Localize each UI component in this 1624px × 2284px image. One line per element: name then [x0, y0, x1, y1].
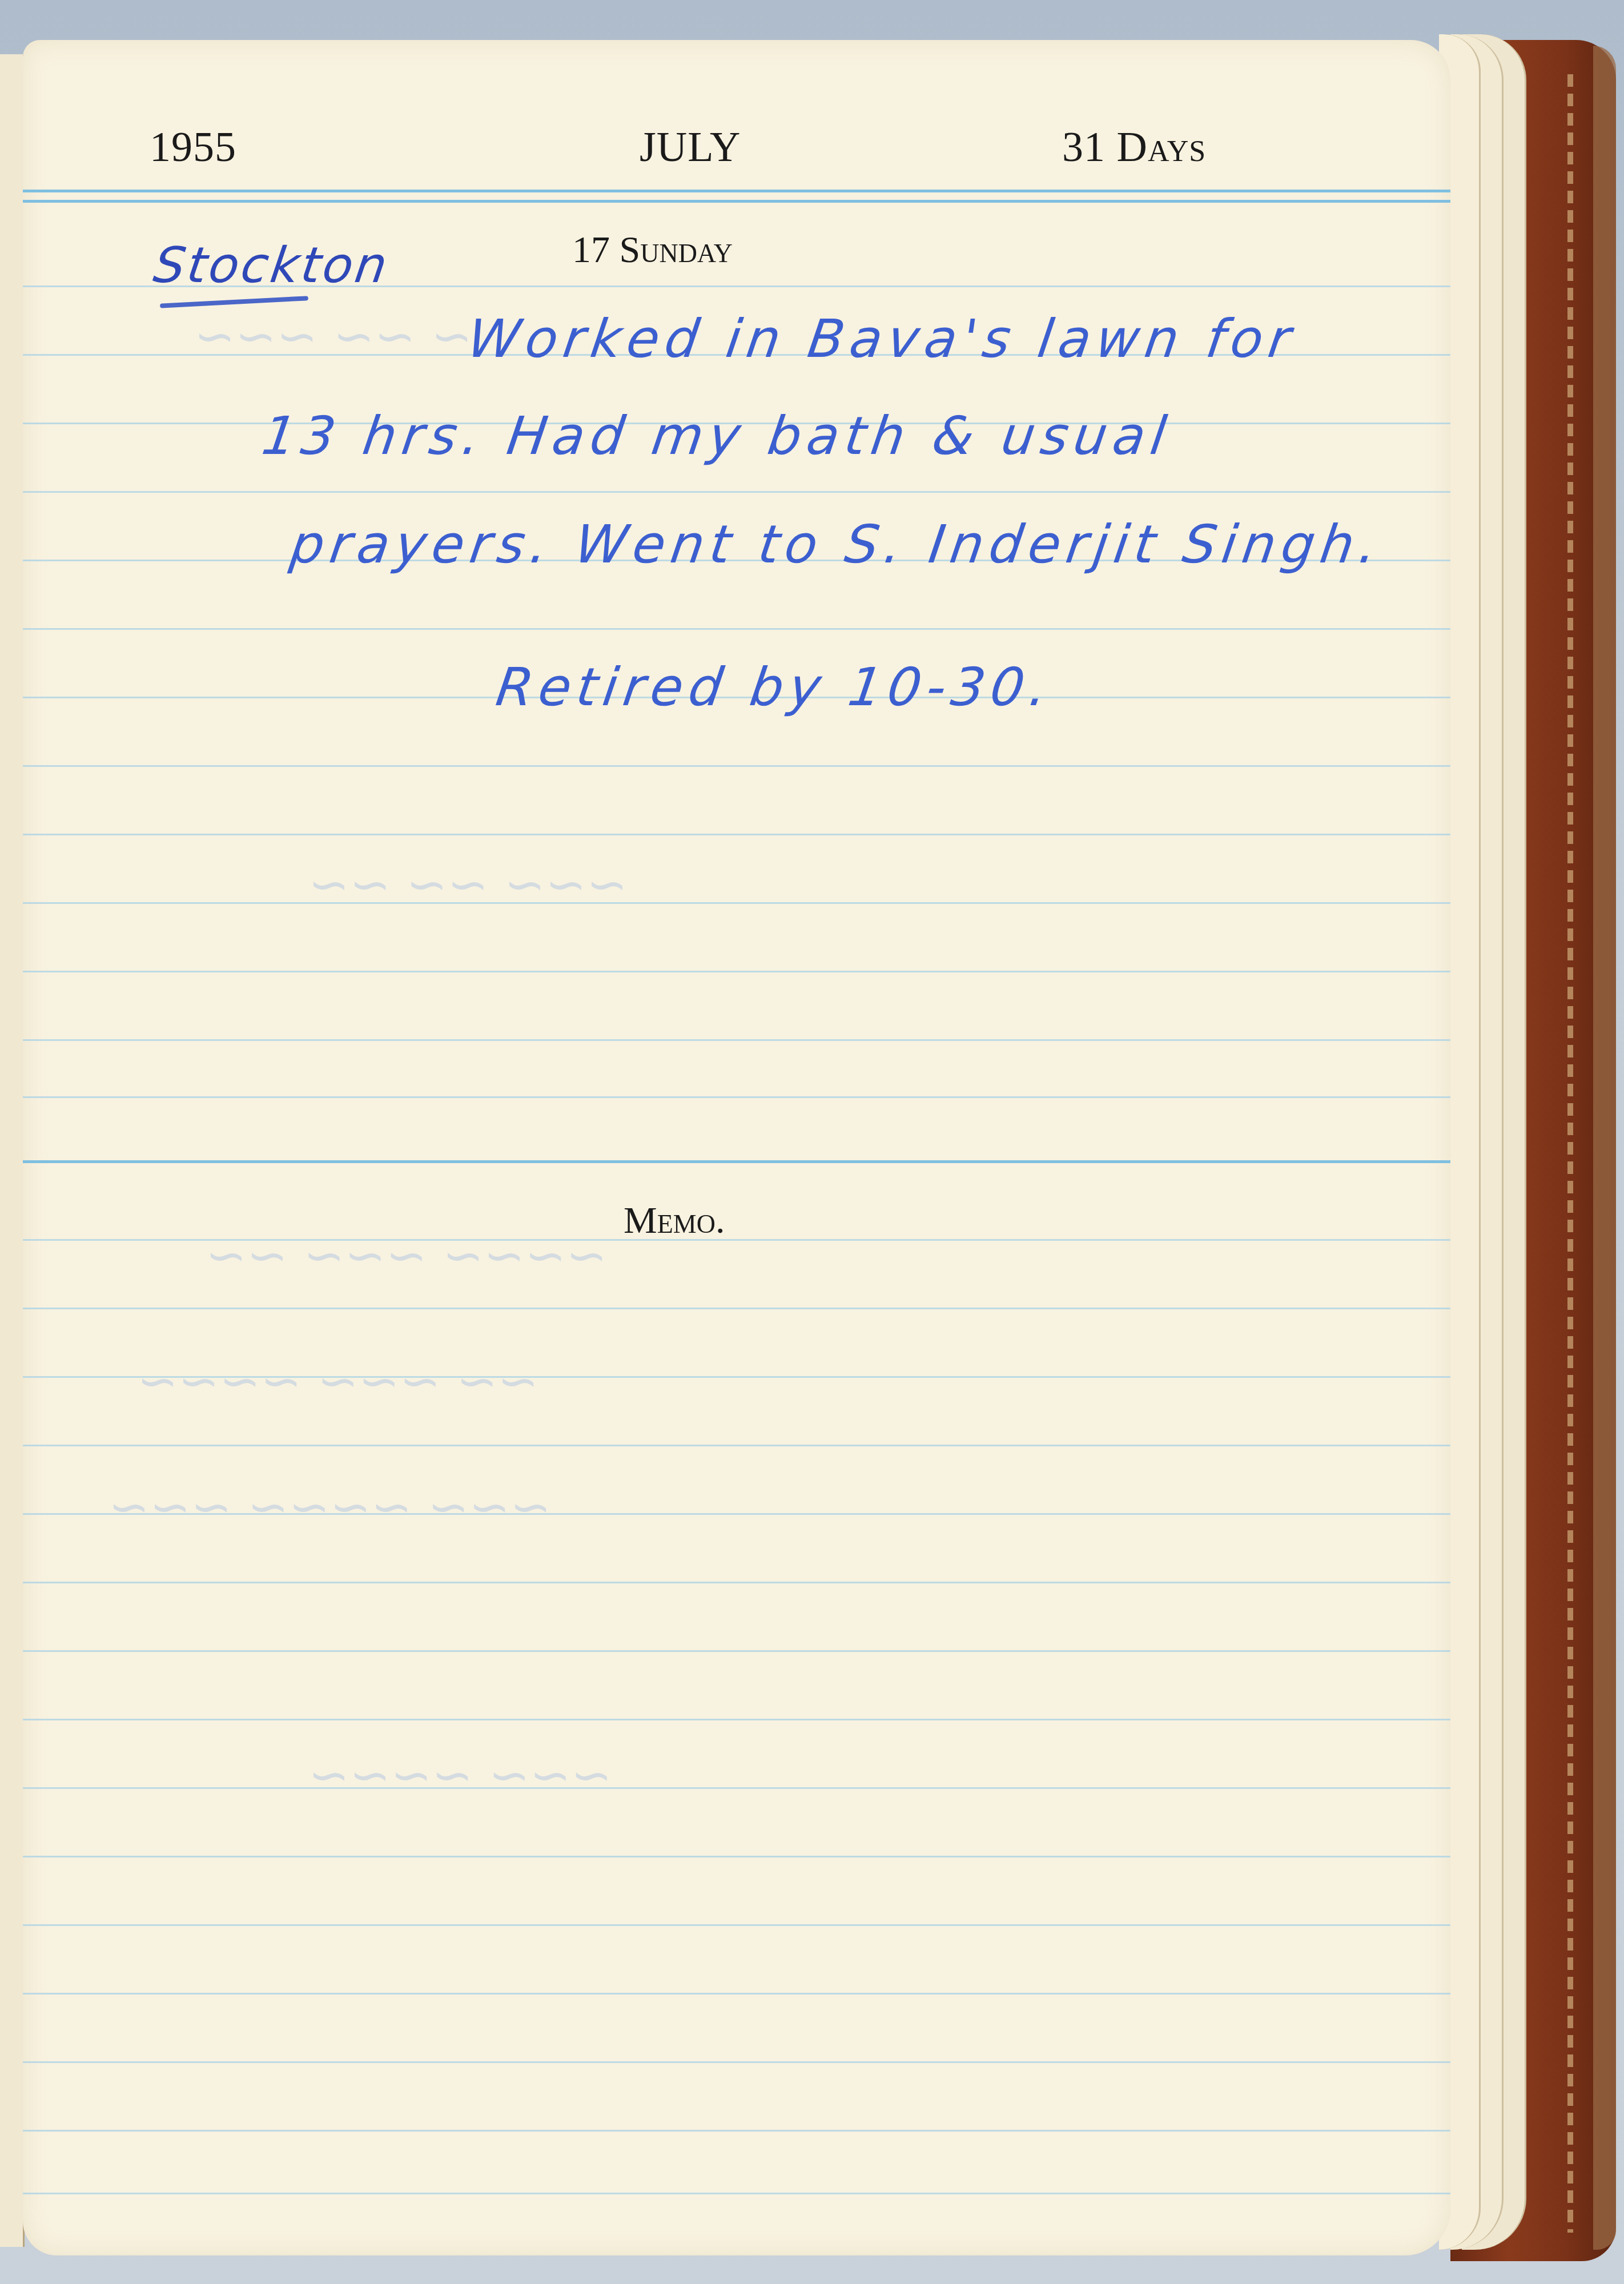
ruled-line	[23, 1308, 1450, 1309]
diary-page: ~ ~~ ~~~ ~~~ ~~ ~~ ~~~~ ~~~ ~~ ~~ ~~~ ~~…	[23, 40, 1450, 2255]
ruled-line	[23, 1582, 1450, 1583]
bleed-through-text: ~~ ~~~ ~~~~	[137, 1353, 538, 1410]
entry-line: prayers. Went to S. Inderjit Singh.	[287, 514, 1386, 575]
bleed-through-text: ~~~ ~~~~	[308, 1747, 612, 1804]
location-underline	[160, 296, 308, 308]
ruled-line	[23, 1096, 1450, 1098]
ruled-line	[23, 1856, 1450, 1857]
ruled-line	[23, 2130, 1450, 2132]
ruled-line	[23, 1445, 1450, 1446]
ruled-line	[23, 628, 1450, 630]
header-days-count: 31 Days	[1062, 123, 1206, 172]
ruled-line	[23, 2061, 1450, 2063]
ruled-line	[23, 1787, 1450, 1789]
leather-cover-edge	[1593, 46, 1616, 2250]
ruled-line	[23, 765, 1450, 767]
entry-location-note: Stockton	[150, 237, 393, 294]
ruled-line	[23, 491, 1450, 493]
cover-stitching	[1567, 74, 1573, 2233]
entry-line: 13 hrs. Had my bath & usual	[258, 405, 1175, 467]
memo-label: Memo.	[624, 1199, 725, 1242]
ruled-line	[23, 971, 1450, 972]
memo-rule	[23, 1160, 1450, 1163]
header-rule	[23, 200, 1450, 203]
bleed-through-text: ~~~ ~~~~ ~~~	[108, 1479, 551, 1536]
bleed-through-text: ~~~ ~~ ~~	[308, 856, 628, 914]
entry-date-label: 17 Sunday	[572, 228, 733, 272]
bleed-through-text: ~~~~ ~~~ ~~	[206, 1228, 607, 1285]
ruled-line	[23, 1993, 1450, 1995]
ruled-line	[23, 834, 1450, 835]
ruled-line	[23, 1039, 1450, 1041]
ruled-line	[23, 1924, 1450, 1926]
entry-line: Worked in Bava's lawn for	[464, 308, 1300, 369]
ruled-line	[23, 2193, 1450, 2194]
header-month: JULY	[640, 123, 741, 172]
bleed-through-text: ~ ~~ ~~~	[194, 308, 472, 365]
ruled-line	[23, 1719, 1450, 1720]
facing-page-edge	[0, 54, 25, 2247]
entry-line: Retired by 10-30.	[492, 657, 1056, 718]
ruled-line	[23, 1650, 1450, 1652]
header-year: 1955	[150, 123, 236, 172]
ruled-line	[23, 902, 1450, 904]
header-rule	[23, 190, 1450, 192]
